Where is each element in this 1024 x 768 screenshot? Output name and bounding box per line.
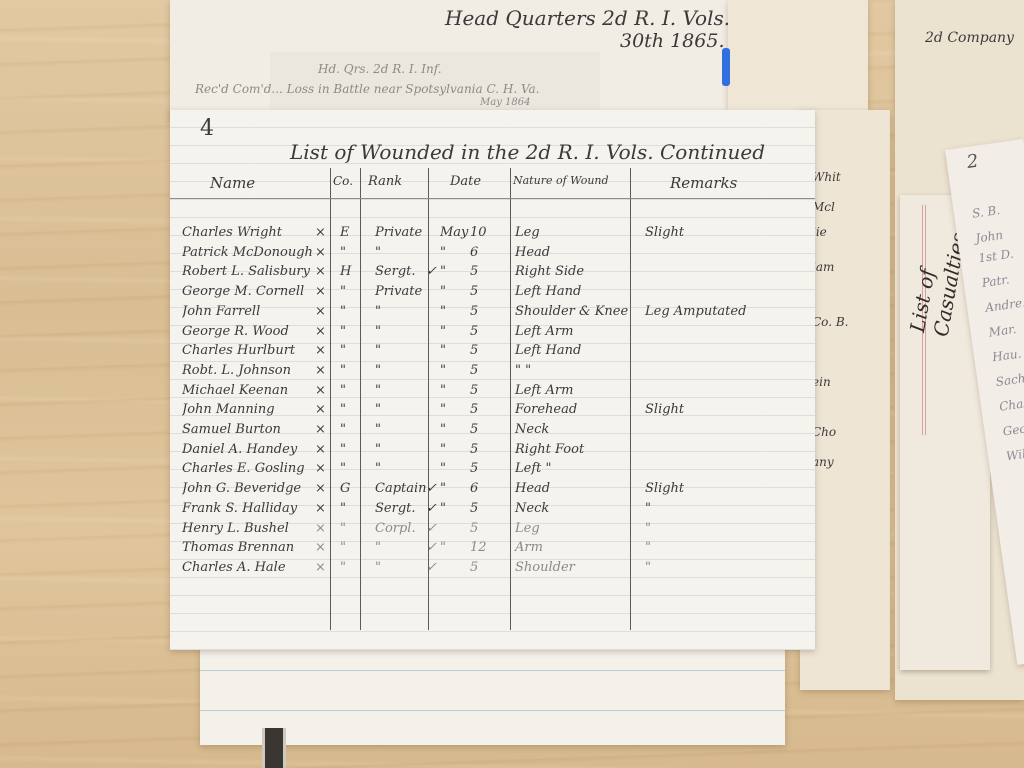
soldier-name: Michael Keenan (182, 383, 312, 398)
check-mark: × (315, 343, 326, 358)
rank: " (375, 422, 381, 437)
underlying-ruled-sheet (200, 640, 785, 745)
check-mark: × (315, 324, 326, 339)
company-letter: " (340, 304, 346, 319)
remarks: " (645, 521, 651, 536)
day: 5 (470, 560, 478, 575)
day: 12 (470, 540, 487, 555)
soldier-name: Thomas Brennan (182, 540, 312, 555)
company-letter: " (340, 461, 346, 476)
table-row: Charles E. Gosling×"""5Left " (170, 461, 815, 480)
note-line-3: May 1864 (480, 97, 530, 108)
remarks: Slight (645, 225, 684, 240)
check-mark: × (315, 245, 326, 260)
company-letter: E (340, 225, 350, 240)
rank: " (375, 363, 381, 378)
company-letter: " (340, 442, 346, 457)
table-row: Charles Hurlburt×"""5Left Hand (170, 343, 815, 362)
table-row: Robert L. Salisbury×HSergt.✓"5Right Side (170, 264, 815, 283)
check-mark: × (315, 383, 326, 398)
company-letter: " (340, 284, 346, 299)
nature-of-wound: Forehead (515, 402, 577, 417)
day: 5 (470, 324, 478, 339)
endorsement-note-sheet: Hd. Qrs. 2d R. I. Inf. Rec'd Com'd... Lo… (270, 52, 600, 110)
sheet2-entry: John (975, 228, 1004, 246)
day: 5 (470, 422, 478, 437)
sheet2-entry: Mar. (988, 322, 1017, 340)
column-header-name: Name (210, 174, 255, 192)
sheet2-entry: Wil. (1005, 446, 1024, 463)
rank: " (375, 540, 381, 555)
headquarters-date: 30th 1865. (620, 30, 724, 52)
fragment: Mcl (812, 200, 835, 214)
remarks: " (645, 560, 651, 575)
note-line-2: Rec'd Com'd... Loss in Battle near Spots… (195, 82, 540, 96)
nature-of-wound: Left Hand (515, 284, 581, 299)
day: 5 (470, 363, 478, 378)
day: 5 (470, 501, 478, 516)
soldier-name: Frank S. Halliday (182, 501, 312, 516)
month: " (440, 422, 446, 437)
soldier-name: John Manning (182, 402, 312, 417)
company-letter: " (340, 343, 346, 358)
tick-mark: ✓ (426, 264, 437, 279)
rule-line (200, 710, 785, 711)
soldier-name: Henry L. Bushel (182, 521, 312, 536)
company-letter: " (340, 245, 346, 260)
company-letter: H (340, 264, 351, 279)
nature-of-wound: Leg (515, 225, 540, 240)
rule-line (200, 670, 785, 671)
column-header-company: Co. (333, 174, 353, 188)
sheet2-entry: Patr. (981, 272, 1010, 290)
nature-of-wound: Leg (515, 521, 540, 536)
rank: " (375, 402, 381, 417)
soldier-name: Robt. L. Johnson (182, 363, 312, 378)
table-row: George M. Cornell×"Private"5Left Hand (170, 284, 815, 303)
tick-mark: ✓ (426, 521, 437, 536)
table-row: Henry L. Bushel×"Corpl.✓5Leg" (170, 521, 815, 540)
check-mark: × (315, 442, 326, 457)
company-letter: " (340, 501, 346, 516)
table-row: Patrick McDonough×"""6Head (170, 245, 815, 264)
sheet-number: 2 (966, 151, 980, 173)
soldier-name: Daniel A. Handey (182, 442, 312, 457)
column-header-date: Date (450, 174, 481, 189)
table-row: George R. Wood×"""5Left Arm (170, 324, 815, 343)
table-row: Frank S. Halliday×"Sergt.✓"5Neck" (170, 501, 815, 520)
company-letter: " (340, 540, 346, 555)
check-mark: × (315, 521, 326, 536)
check-mark: × (315, 264, 326, 279)
rank: " (375, 442, 381, 457)
rank: " (375, 461, 381, 476)
soldier-name: Patrick McDonough (182, 245, 312, 260)
nature-of-wound: Shoulder (515, 560, 575, 575)
check-mark: × (315, 501, 326, 516)
column-header-nature: Nature of Wound (513, 174, 609, 187)
month: May (440, 225, 468, 240)
month: " (440, 481, 446, 496)
fragment: Whit (812, 170, 841, 184)
nature-of-wound: Left Arm (515, 324, 573, 339)
rank: " (375, 383, 381, 398)
check-mark: × (315, 461, 326, 476)
month: " (440, 324, 446, 339)
soldier-name: Charles A. Hale (182, 560, 312, 575)
document-title: List of Wounded in the 2d R. I. Vols. Co… (290, 140, 765, 164)
column-header-remarks: Remarks (670, 174, 737, 192)
month: " (440, 245, 446, 260)
tick-mark: ✓ (426, 560, 437, 575)
day: 5 (470, 521, 478, 536)
nature-of-wound: Neck (515, 501, 549, 516)
rank: Captain (375, 481, 427, 496)
check-mark: × (315, 225, 326, 240)
rank: Corpl. (375, 521, 416, 536)
check-mark: × (315, 284, 326, 299)
sheet2-entry: Sach. (995, 371, 1024, 390)
table-row: Charles A. Hale×""✓5Shoulder" (170, 560, 815, 579)
note-line-1: Hd. Qrs. 2d R. I. Inf. (318, 62, 442, 76)
soldier-name: Charles Hurlburt (182, 343, 312, 358)
company-letter: " (340, 402, 346, 417)
table-row: John Manning×"""5ForeheadSlight (170, 402, 815, 421)
fragment: lam (812, 260, 834, 274)
nature-of-wound: Right Side (515, 264, 584, 279)
nature-of-wound: Right Foot (515, 442, 584, 457)
company-letter: " (340, 521, 346, 536)
remarks: Slight (645, 402, 684, 417)
check-mark: × (315, 402, 326, 417)
tick-mark: ✓ (426, 481, 437, 496)
month: " (440, 343, 446, 358)
company-letter: G (340, 481, 350, 496)
table-row: John G. Beveridge×GCaptain✓"6HeadSlight (170, 481, 815, 500)
page-number: 4 (200, 116, 214, 141)
nature-of-wound: Neck (515, 422, 549, 437)
nature-of-wound: Shoulder & Knee (515, 304, 628, 319)
check-mark: × (315, 304, 326, 319)
nature-of-wound: " " (515, 363, 531, 378)
table-row: Thomas Brennan×""✓"12Arm" (170, 540, 815, 559)
day: 6 (470, 481, 478, 496)
month: " (440, 363, 446, 378)
headquarters-heading: Head Quarters 2d R. I. Vols. (445, 6, 730, 30)
table-row: Daniel A. Handey×"""5Right Foot (170, 442, 815, 461)
day: 10 (470, 225, 487, 240)
month: " (440, 540, 446, 555)
soldier-name: George M. Cornell (182, 284, 312, 299)
check-mark: × (315, 481, 326, 496)
soldier-name: Robert L. Salisbury (182, 264, 312, 279)
day: 5 (470, 442, 478, 457)
company-letter: " (340, 363, 346, 378)
month: " (440, 284, 446, 299)
table-row: John Farrell×"""5Shoulder & KneeLeg Ampu… (170, 304, 815, 323)
table-row: Robt. L. Johnson×"""5" " (170, 363, 815, 382)
table-row: Michael Keenan×"""5Left Arm (170, 383, 815, 402)
header-divider (170, 198, 815, 199)
remarks: " (645, 540, 651, 555)
remarks: Leg Amputated (645, 304, 746, 319)
check-mark: × (315, 560, 326, 575)
soldier-name: George R. Wood (182, 324, 312, 339)
fragment: any (812, 455, 834, 469)
day: 5 (470, 284, 478, 299)
sheet2-entry: Geo. (1002, 421, 1024, 439)
nature-of-wound: Left " (515, 461, 551, 476)
day: 6 (470, 245, 478, 260)
sheet2-entry: Andre. (984, 295, 1024, 315)
check-mark: × (315, 422, 326, 437)
rank: Private (375, 284, 422, 299)
nature-of-wound: Arm (515, 540, 543, 555)
soldier-name: John G. Beveridge (182, 481, 312, 496)
remarks: Slight (645, 481, 684, 496)
sheet2-entry: Hau. (991, 346, 1022, 364)
table-row: Charles Wright×EPrivateMay10LegSlight (170, 225, 815, 244)
rank: " (375, 304, 381, 319)
day: 5 (470, 461, 478, 476)
blue-tab-marker (722, 48, 730, 86)
month: " (440, 442, 446, 457)
day: 5 (470, 383, 478, 398)
day: 5 (470, 343, 478, 358)
check-mark: × (315, 540, 326, 555)
table-row: Samuel Burton×"""5Neck (170, 422, 815, 441)
rank: " (375, 245, 381, 260)
sheet2-entry: Chas. (998, 395, 1024, 414)
tick-mark: ✓ (426, 540, 437, 555)
day: 5 (470, 304, 478, 319)
fragment: Cho (812, 425, 836, 439)
company-letter: " (340, 324, 346, 339)
day: 5 (470, 402, 478, 417)
rank: " (375, 560, 381, 575)
rank: Sergt. (375, 264, 416, 279)
tick-mark: ✓ (426, 501, 437, 516)
rank: Private (375, 225, 422, 240)
day: 5 (470, 264, 478, 279)
month: " (440, 501, 446, 516)
column-header-rank: Rank (368, 174, 402, 189)
month: " (440, 461, 446, 476)
soldier-name: Charles E. Gosling (182, 461, 312, 476)
wounded-list-document: 4 List of Wounded in the 2d R. I. Vols. … (170, 110, 815, 650)
sheet2-entry: S. B. (971, 203, 1001, 221)
soldier-name: Samuel Burton (182, 422, 312, 437)
sheet2-entry: 1st D. (977, 247, 1014, 266)
company-letter: " (340, 383, 346, 398)
nature-of-wound: Head (515, 245, 550, 260)
fragment: Co. B. (812, 315, 848, 329)
rank: " (375, 343, 381, 358)
month: " (440, 304, 446, 319)
nature-of-wound: Head (515, 481, 550, 496)
month: " (440, 383, 446, 398)
company-letter: " (340, 560, 346, 575)
soldier-name: Charles Wright (182, 225, 312, 240)
nature-of-wound: Left Arm (515, 383, 573, 398)
company-letter: " (340, 422, 346, 437)
month: " (440, 264, 446, 279)
company-label: 2d Company (925, 30, 1014, 46)
month: " (440, 402, 446, 417)
soldier-name: John Farrell (182, 304, 312, 319)
remarks: " (645, 501, 651, 516)
rank: Sergt. (375, 501, 416, 516)
background-letter (728, 0, 868, 110)
check-mark: × (315, 363, 326, 378)
document-stand (262, 728, 286, 768)
rank: " (375, 324, 381, 339)
nature-of-wound: Left Hand (515, 343, 581, 358)
